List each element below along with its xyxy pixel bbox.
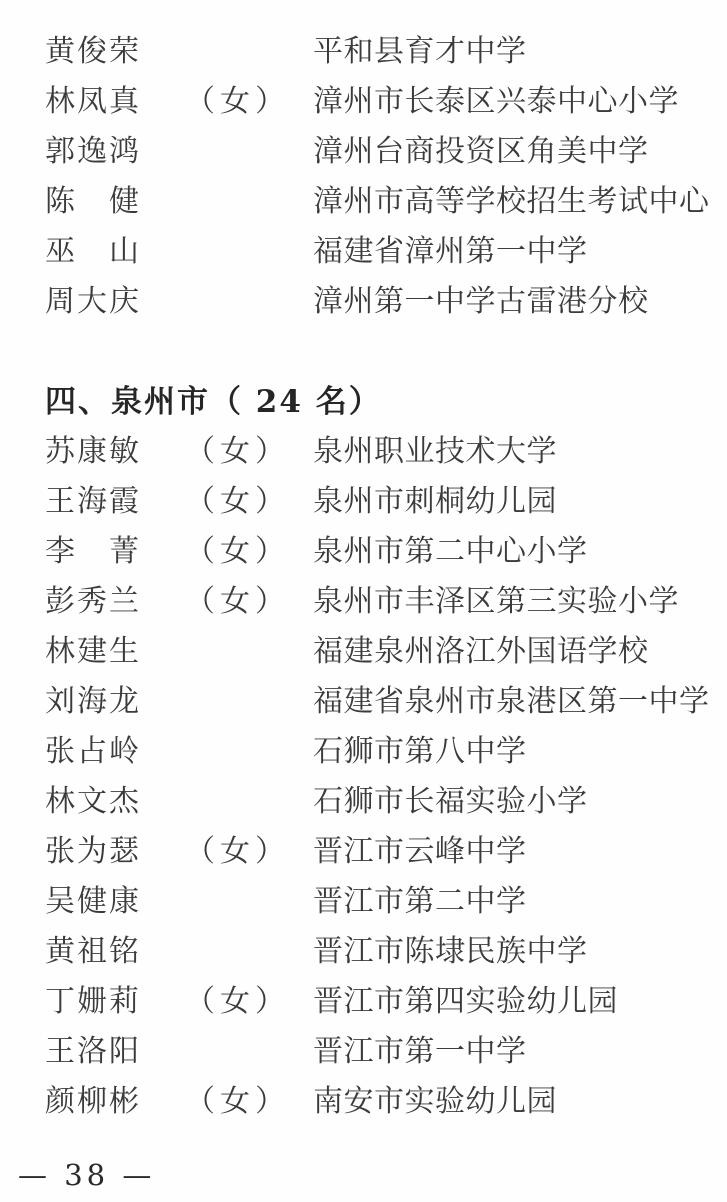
institution-name: 福建省漳州第一中学 — [313, 226, 707, 270]
gender-marker: （女） — [185, 976, 313, 1020]
institution-name: 平和县育才中学 — [313, 26, 707, 70]
list-item: 刘海龙福建省泉州市泉港区第一中学 — [45, 673, 707, 723]
institution-name: 南安市实验幼儿园 — [313, 1076, 707, 1120]
institution-name: 漳州第一中学古雷港分校 — [313, 276, 707, 320]
person-name: 林建生 — [45, 626, 185, 670]
page-number: — 38 — — [18, 1158, 155, 1192]
list-item: 林建生福建泉州洛江外国语学校 — [45, 623, 707, 673]
institution-name: 石狮市第八中学 — [313, 726, 707, 770]
list-item: 李 菁（女）泉州市第二中心小学 — [45, 523, 707, 573]
gender-marker: （女） — [185, 826, 313, 870]
gender-marker: （女） — [185, 476, 313, 520]
gender-marker: （女） — [185, 426, 313, 470]
list-item: 颜柳彬（女）南安市实验幼儿园 — [45, 1073, 707, 1123]
list-item: 张为瑟（女）晋江市云峰中学 — [45, 823, 707, 873]
list-item: 林凤真（女）漳州市长泰区兴泰中心小学 — [45, 73, 707, 123]
section-gap — [45, 323, 707, 373]
institution-name: 福建省泉州市泉港区第一中学 — [313, 676, 710, 720]
institution-name: 晋江市第四实验幼儿园 — [313, 976, 707, 1020]
institution-name: 泉州职业技术大学 — [313, 426, 707, 470]
gender-marker: （女） — [185, 576, 313, 620]
institution-name: 福建泉州洛江外国语学校 — [313, 626, 707, 670]
list-item: 张占岭石狮市第八中学 — [45, 723, 707, 773]
section-header: 四、泉州市（ 24 名） — [45, 373, 707, 423]
gender-marker: （女） — [185, 76, 313, 120]
institution-name: 晋江市第一中学 — [313, 1026, 707, 1070]
gender-marker: （女） — [185, 1076, 313, 1120]
institution-name: 晋江市陈埭民族中学 — [313, 926, 707, 970]
person-name: 林文杰 — [45, 776, 185, 820]
institution-name: 泉州市刺桐幼儿园 — [313, 476, 707, 520]
list-item: 王洛阳晋江市第一中学 — [45, 1023, 707, 1073]
list-item: 郭逸鸿漳州台商投资区角美中学 — [45, 123, 707, 173]
document-page: 黄俊荣平和县育才中学林凤真（女）漳州市长泰区兴泰中心小学郭逸鸿漳州台商投资区角美… — [0, 0, 727, 1202]
person-name: 王海霞 — [45, 476, 185, 520]
list-item: 吴健康晋江市第二中学 — [45, 873, 707, 923]
person-name: 彭秀兰 — [45, 576, 185, 620]
person-name: 苏康敏 — [45, 426, 185, 470]
person-name: 吴健康 — [45, 876, 185, 920]
list-item: 彭秀兰（女）泉州市丰泽区第三实验小学 — [45, 573, 707, 623]
person-name: 黄祖铭 — [45, 926, 185, 970]
list-item: 黄祖铭晋江市陈埭民族中学 — [45, 923, 707, 973]
person-name: 郭逸鸿 — [45, 126, 185, 170]
person-name: 丁姗莉 — [45, 976, 185, 1020]
institution-name: 晋江市第二中学 — [313, 876, 707, 920]
list-item: 陈 健漳州市高等学校招生考试中心 — [45, 173, 707, 223]
institution-name: 石狮市长福实验小学 — [313, 776, 707, 820]
list-item: 王海霞（女）泉州市刺桐幼儿园 — [45, 473, 707, 523]
list-item: 黄俊荣平和县育才中学 — [45, 23, 707, 73]
list-item: 巫 山福建省漳州第一中学 — [45, 223, 707, 273]
person-name: 李 菁 — [45, 526, 185, 570]
person-name: 巫 山 — [45, 226, 185, 270]
institution-name: 泉州市第二中心小学 — [313, 526, 707, 570]
institution-name: 漳州市长泰区兴泰中心小学 — [313, 76, 707, 120]
person-name: 颜柳彬 — [45, 1076, 185, 1120]
list-item: 林文杰石狮市长福实验小学 — [45, 773, 707, 823]
list-item: 苏康敏（女）泉州职业技术大学 — [45, 423, 707, 473]
person-name: 张为瑟 — [45, 826, 185, 870]
list-item: 丁姗莉（女）晋江市第四实验幼儿园 — [45, 973, 707, 1023]
person-name: 林凤真 — [45, 76, 185, 120]
person-name: 陈 健 — [45, 176, 185, 220]
roster-list: 黄俊荣平和县育才中学林凤真（女）漳州市长泰区兴泰中心小学郭逸鸿漳州台商投资区角美… — [45, 23, 707, 1123]
person-name: 刘海龙 — [45, 676, 185, 720]
person-name: 黄俊荣 — [45, 26, 185, 70]
institution-name: 漳州台商投资区角美中学 — [313, 126, 707, 170]
list-item: 周大庆漳州第一中学古雷港分校 — [45, 273, 707, 323]
person-name: 张占岭 — [45, 726, 185, 770]
institution-name: 泉州市丰泽区第三实验小学 — [313, 576, 707, 620]
gender-marker: （女） — [185, 526, 313, 570]
person-name: 周大庆 — [45, 276, 185, 320]
person-name: 王洛阳 — [45, 1026, 185, 1070]
institution-name: 漳州市高等学校招生考试中心 — [313, 176, 710, 220]
institution-name: 晋江市云峰中学 — [313, 826, 707, 870]
